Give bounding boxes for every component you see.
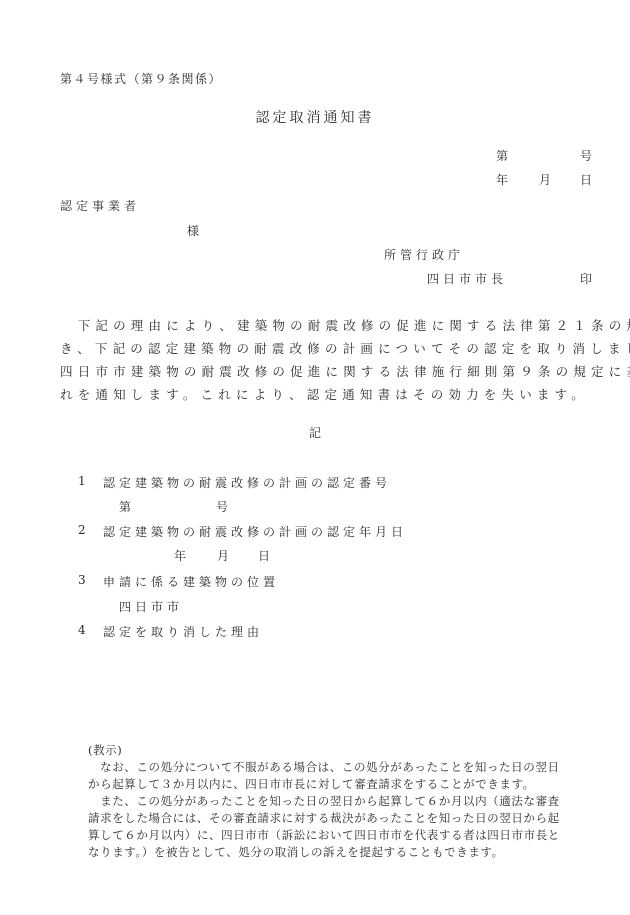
seal-mark: 印 [580,270,596,287]
ki-label: 記 [0,424,630,441]
item-2-month: 月 [217,547,233,564]
item-label-4: 認定を取り消した理由 [103,623,263,640]
appeal-notice: (教示) なお、この処分について不服がある場合は、この処分があったことを知った日… [88,742,588,861]
item-label-3: 申請に係る建築物の位置 [103,573,279,590]
issuer-name: 四日市市長 [427,270,507,287]
issuer-authority-label: 所管行政庁 [384,246,464,263]
item-2-day: 日 [258,547,274,564]
notice-line: なります。）を被告として、処分の取消しの訴えを提起することもできます。 [88,844,588,861]
item-number-1: 1 [78,474,90,488]
form-number: 第４号様式（第９条関係） [60,70,222,87]
item-number-3: 3 [78,573,90,587]
item-number-4: 4 [78,623,90,637]
item-2-year: 年 [174,547,190,564]
item-number-2: 2 [78,523,90,537]
document-title: 認定取消通知書 [0,107,630,127]
notice-line: 算して６か月以内）に、四日市市（訴訟において四日市市を代表する者は四日市市長と [88,827,588,844]
notice-line: 請求をした場合には、その審査請求に対する裁決があったことを知った日の翌日から起 [88,810,588,827]
notice-heading: (教示) [88,742,588,759]
notice-line: また、この処分があったことを知った日の翌日から起算して６か月以内（適法な審査 [88,793,588,810]
notice-line: から起算して３か月以内に、四日市市長に対して審査請求をすることができます。 [88,776,588,793]
item-1-value-suffix: 号 [216,498,232,515]
notice-line: なお、この処分について不服がある場合は、この処分があったことを知った日の翌日 [88,759,588,776]
notice-number-prefix: 第 [496,147,512,164]
item-1-value-prefix: 第 [119,498,135,515]
date-year-label: 年 [496,171,512,188]
body-paragraph: 下記の理由により、建築物の耐震改修の促進に関する法律第２１条の規定に基づ き、下… [60,314,600,406]
recipient-label: 認定事業者 [60,197,140,214]
date-day-label: 日 [580,171,596,188]
recipient-honorific: 様 [187,222,203,239]
body-line: 四日市市建築物の耐震改修の促進に関する法律施行細則第９条の規定に基づき、こ [60,360,600,383]
body-line: き、下記の認定建築物の耐震改修の計画についてその認定を取り消しましたので、 [60,337,600,360]
notice-number-suffix: 号 [580,147,596,164]
date-month-label: 月 [539,171,555,188]
item-label-1: 認定建築物の耐震改修の計画の認定番号 [103,474,391,491]
body-line: れを通知します。これにより、認定通知書はその効力を失います。 [60,383,600,406]
body-line: 下記の理由により、建築物の耐震改修の促進に関する法律第２１条の規定に基づ [60,314,600,337]
item-label-2: 認定建築物の耐震改修の計画の認定年月日 [103,523,407,540]
item-3-value: 四日市市 [119,598,183,615]
